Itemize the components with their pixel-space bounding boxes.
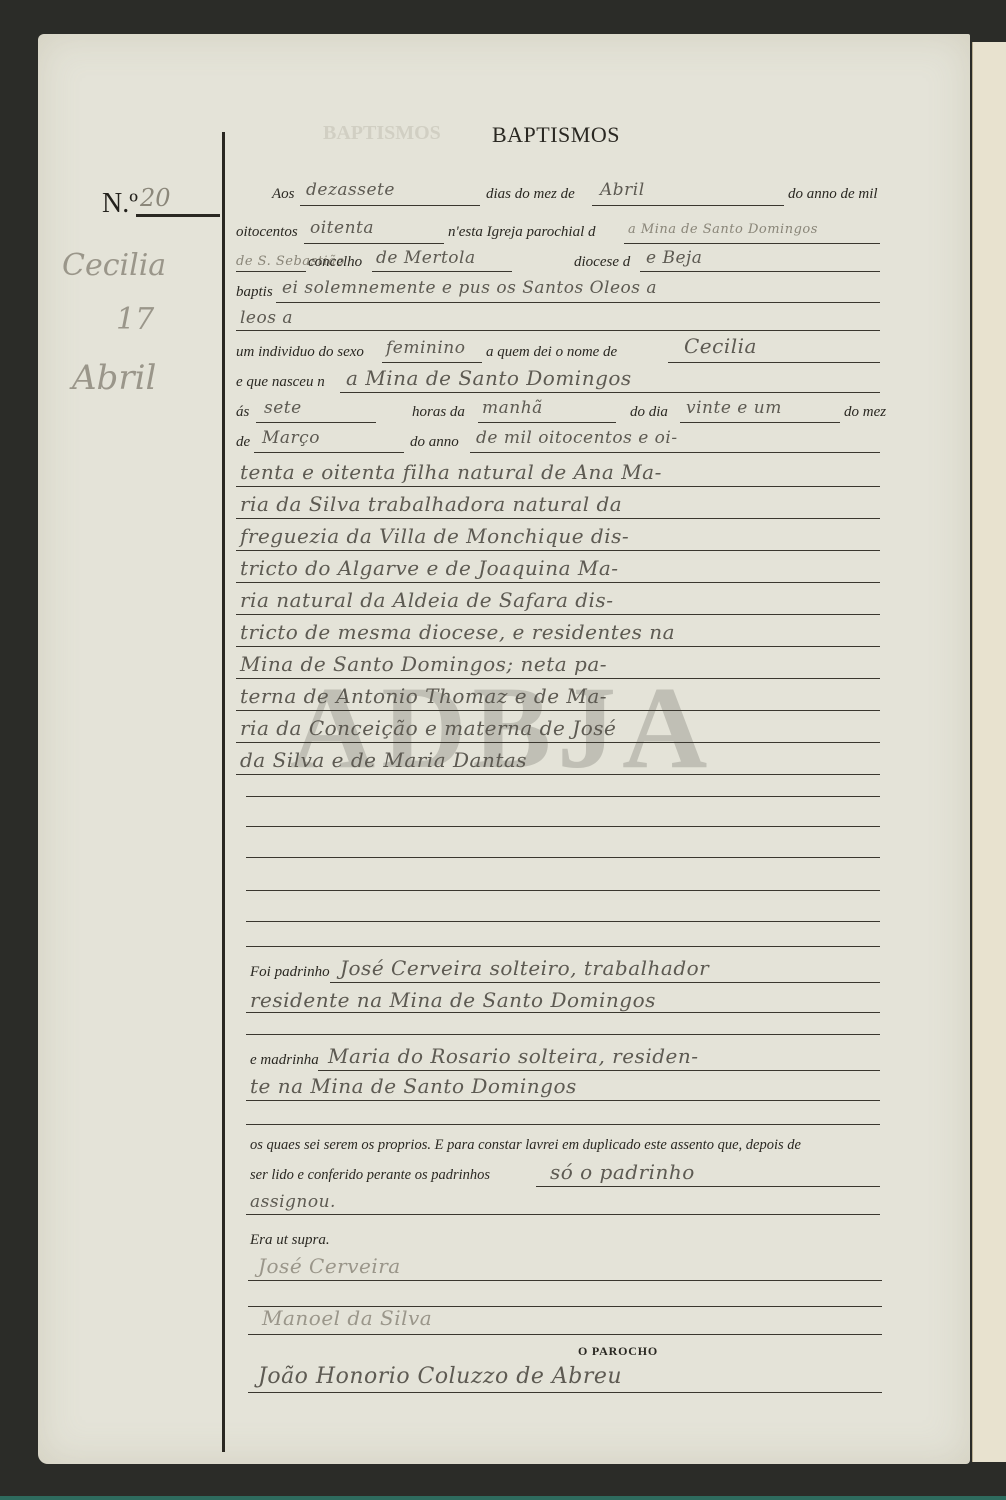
- body-line: da Silva e de Maria Dantas: [240, 748, 527, 772]
- field-line: [470, 452, 880, 453]
- signature-padrinho: José Cerveira: [258, 1254, 401, 1278]
- era-ut-supra: Era ut supra.: [250, 1232, 330, 1249]
- empty-line: [246, 1034, 880, 1035]
- field-line: [246, 1214, 880, 1215]
- field-line: [680, 422, 840, 423]
- field-line: [276, 302, 880, 303]
- field-birth-month: Março: [262, 428, 320, 448]
- field-month: Abril: [600, 180, 645, 200]
- field-line: [236, 678, 880, 679]
- body-line: tenta e oitenta filha natural de Ana Ma-: [240, 460, 662, 484]
- entry-number-label: N.º: [102, 188, 138, 220]
- empty-line: [246, 826, 880, 827]
- field-line: [372, 271, 512, 272]
- page-title: BAPTISMOS: [492, 122, 620, 148]
- field-sexo: feminino: [386, 338, 465, 358]
- label-madrinha: e madrinha: [250, 1052, 319, 1069]
- label-diocese: diocese d: [574, 254, 630, 271]
- field-birthplace: a Mina de Santo Domingos: [346, 366, 632, 390]
- field-line: [236, 271, 306, 272]
- field-birth-day: vinte e um: [686, 398, 782, 418]
- label-mez: do mez: [844, 404, 886, 421]
- label-anno2: do anno: [410, 434, 459, 451]
- label-baptis: baptis: [236, 284, 273, 301]
- field-line: [236, 330, 880, 331]
- field-line: [246, 1100, 880, 1101]
- field-line: [246, 1012, 880, 1013]
- field-line: [318, 1070, 880, 1071]
- empty-line: [246, 890, 880, 891]
- label-as: ás: [236, 404, 249, 421]
- field-baptis-cont: leos a: [240, 308, 293, 328]
- field-madrinha-1: Maria do Rosario solteira, residen-: [328, 1044, 699, 1068]
- label-igreja: n'esta Igreja parochial d: [448, 224, 596, 241]
- field-line: [236, 646, 880, 647]
- empty-line: [246, 796, 880, 797]
- body-line: ria da Silva trabalhadora natural da: [240, 492, 622, 516]
- field-padrinho-1: José Cerveira solteiro, trabalhador: [340, 956, 709, 980]
- closing-text-2: ser lido e conferido perante os padrinho…: [250, 1167, 490, 1184]
- field-parish: a Mina de Santo Domingos: [628, 222, 818, 237]
- body-line: Mina de Santo Domingos; neta pa-: [240, 652, 607, 676]
- label-sexo: um individuo do sexo: [236, 344, 364, 361]
- field-period: manhã: [482, 398, 543, 418]
- empty-line: [246, 946, 880, 947]
- label-dias: dias do mez de: [486, 186, 575, 203]
- field-year: oitenta: [310, 218, 374, 238]
- body-line: freguezia da Villa de Monchique dis-: [240, 524, 629, 548]
- field-line: [304, 243, 444, 244]
- label-oitocentos: oitocentos: [236, 224, 298, 241]
- signature-line: [248, 1280, 882, 1281]
- margin-note-month: Abril: [72, 358, 156, 398]
- field-closing-hw-2: assignou.: [250, 1192, 336, 1212]
- body-line: ria da Conceição e materna de José: [240, 716, 616, 740]
- empty-line: [246, 857, 880, 858]
- field-line: [254, 452, 404, 453]
- field-line: [592, 205, 784, 206]
- field-line: [382, 362, 482, 363]
- label-de: de: [236, 434, 250, 451]
- column-divider: [222, 132, 225, 1452]
- field-line: [236, 550, 880, 551]
- field-line: [236, 486, 880, 487]
- body-line: ria natural da Aldeia de Safara dis-: [240, 588, 613, 612]
- entry-number: 20: [140, 184, 171, 212]
- entry-number-underline: [136, 214, 220, 217]
- signature-line: [248, 1392, 882, 1393]
- field-line: [236, 710, 880, 711]
- signature-parocho: João Honorio Coluzzo de Abreu: [258, 1364, 622, 1389]
- body-line: terna de Antonio Thomaz e de Ma-: [240, 684, 607, 708]
- field-concelho: de Mertola: [376, 248, 476, 268]
- field-hour: sete: [264, 398, 302, 418]
- bottom-color-strip: [0, 1496, 1006, 1500]
- label-nasceu: e que nasceu n: [236, 374, 325, 391]
- field-line: [640, 271, 880, 272]
- signature-line: [248, 1334, 882, 1335]
- empty-line: [246, 1124, 880, 1125]
- parocho-label: O PAROCHO: [578, 1344, 658, 1359]
- label-concelho: concelho: [308, 254, 362, 271]
- field-line: [256, 422, 376, 423]
- signature-witness: Manoel da Silva: [262, 1306, 432, 1330]
- field-line: [536, 1186, 880, 1187]
- empty-line: [246, 921, 880, 922]
- body-line: tricto do Algarve e de Joaquina Ma-: [240, 556, 619, 580]
- field-baptis-text: ei solemnemente e pus os Santos Oleos a: [282, 278, 657, 298]
- field-madrinha-2: te na Mina de Santo Domingos: [250, 1074, 577, 1098]
- field-line: [236, 518, 880, 519]
- field-line: [340, 392, 880, 393]
- bleed-through-title: BAPTISMOS: [323, 122, 441, 145]
- label-horas: horas da: [412, 404, 465, 421]
- field-line: [478, 422, 616, 423]
- next-page-edge: [972, 42, 1006, 1462]
- margin-note-name: Cecilia: [62, 248, 166, 283]
- field-line: [668, 362, 880, 363]
- label-padrinho: Foi padrinho: [250, 964, 330, 981]
- closing-text-1: os quaes sei serem os proprios. E para c…: [250, 1137, 801, 1154]
- field-line: [300, 205, 480, 206]
- field-line: [624, 243, 880, 244]
- field-line: [236, 582, 880, 583]
- label-nome: a quem dei o nome de: [486, 344, 617, 361]
- field-nome: Cecilia: [684, 334, 757, 358]
- field-line: [330, 982, 880, 983]
- field-diocese: e Beja: [646, 248, 702, 268]
- field-padrinho-2: residente na Mina de Santo Domingos: [250, 988, 656, 1012]
- body-line: tricto de mesma diocese, e residentes na: [240, 620, 675, 644]
- field-birth-year: de mil oitocentos e oi-: [476, 428, 678, 448]
- label-dia: do dia: [630, 404, 668, 421]
- field-line: [236, 742, 880, 743]
- field-line: [236, 614, 880, 615]
- label-aos: Aos: [272, 186, 295, 203]
- field-closing-hw: só o padrinho: [550, 1160, 695, 1184]
- field-line: [236, 774, 880, 775]
- field-day: dezassete: [306, 180, 395, 200]
- margin-note-day: 17: [116, 302, 154, 337]
- label-anno: do anno de mil: [788, 186, 878, 203]
